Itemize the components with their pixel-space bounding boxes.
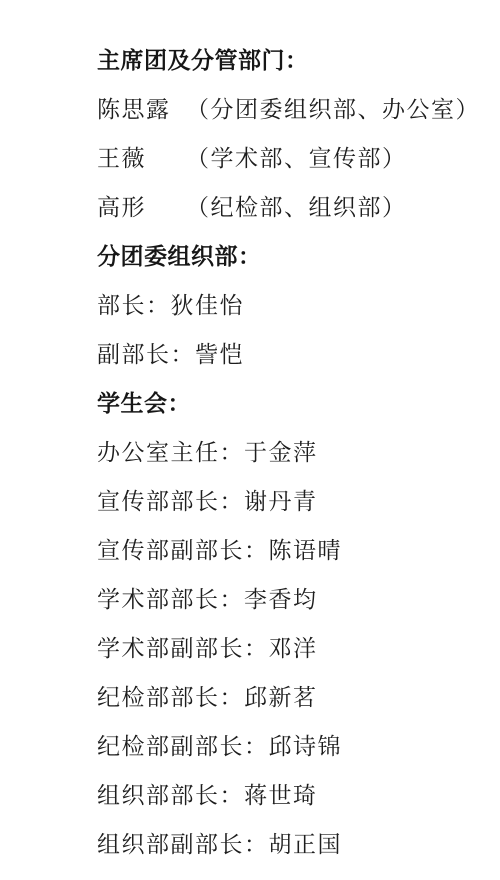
section-student-union: 学生会： 办公室主任：于金萍 宣传部部长：谢丹青 宣传部副部长：陈语晴 学术部部… xyxy=(97,377,485,867)
member-departments: （纪检部、组织部） xyxy=(186,189,407,222)
role-entry-line: 学术部部长：李香均 xyxy=(97,573,485,622)
member-name: 高形 xyxy=(97,189,186,222)
member-departments: （学术部、宣传部） xyxy=(186,140,407,173)
member-departments: （分团委组织部、办公室） xyxy=(186,91,480,124)
role-entry-line: 纪检部部长：邱新茗 xyxy=(97,671,485,720)
role-entry-line: 办公室主任：于金萍 xyxy=(97,426,485,475)
student-union-heading: 学生会： xyxy=(97,377,485,426)
presidium-member-line: 高形 （纪检部、组织部） xyxy=(97,181,485,230)
role-entry-line: 组织部部长：蒋世琦 xyxy=(97,769,485,818)
role-entry-line: 宣传部部长：谢丹青 xyxy=(97,475,485,524)
presidium-heading: 主席团及分管部门： xyxy=(97,34,485,83)
role-entry-line: 纪检部副部长：邱诗锦 xyxy=(97,720,485,769)
presidium-member-line: 陈思露 （分团委组织部、办公室） xyxy=(97,83,485,132)
section-presidium: 主席团及分管部门： 陈思露 （分团委组织部、办公室） 王薇 （学术部、宣传部） … xyxy=(97,34,485,230)
role-entry-line: 组织部副部长：胡正国 xyxy=(97,818,485,867)
role-entry-line: 部长：狄佳怡 xyxy=(97,279,485,328)
section-league-org-dept: 分团委组织部： 部长：狄佳怡 副部长：訾恺 xyxy=(97,230,485,377)
league-org-dept-heading: 分团委组织部： xyxy=(97,230,485,279)
presidium-member-line: 王薇 （学术部、宣传部） xyxy=(97,132,485,181)
role-entry-line: 学术部副部长：邓洋 xyxy=(97,622,485,671)
role-entry-line: 副部长：訾恺 xyxy=(97,328,485,377)
document-page: 主席团及分管部门： 陈思露 （分团委组织部、办公室） 王薇 （学术部、宣传部） … xyxy=(0,0,500,880)
role-entry-line: 宣传部副部长：陈语晴 xyxy=(97,524,485,573)
member-name: 王薇 xyxy=(97,140,186,173)
member-name: 陈思露 xyxy=(97,91,186,124)
